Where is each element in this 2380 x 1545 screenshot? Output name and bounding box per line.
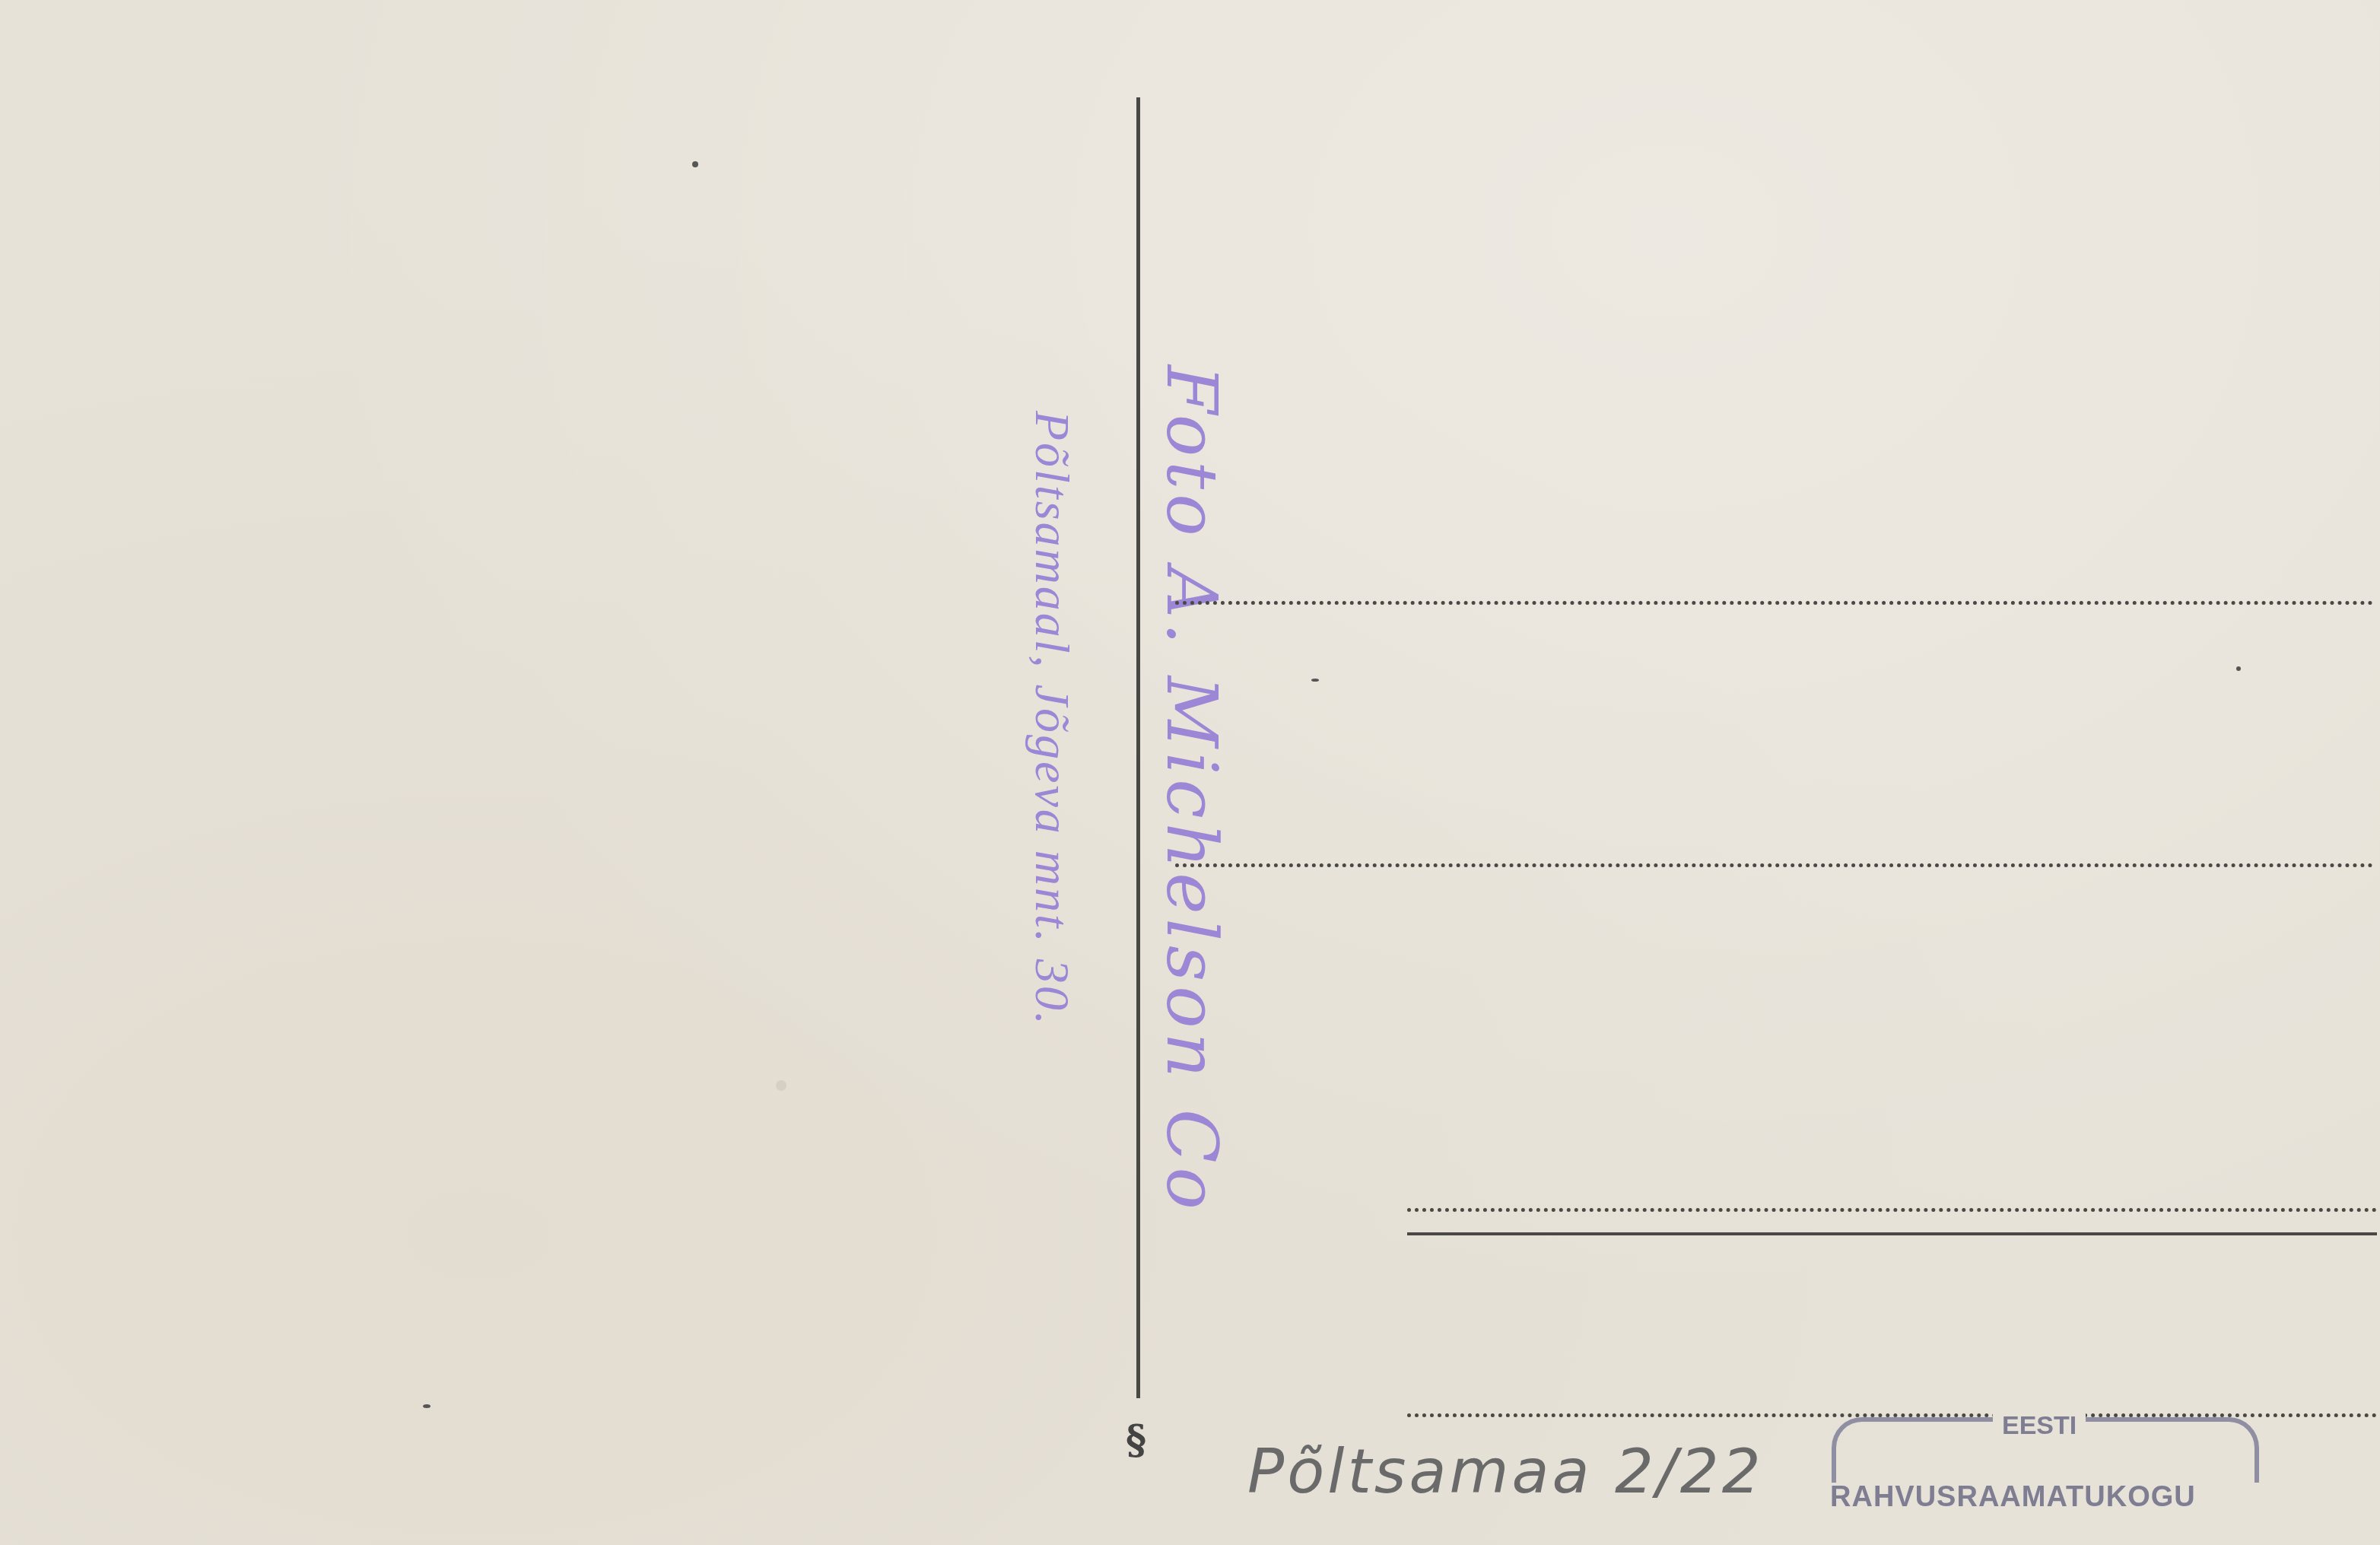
section-mark-symbol: §: [1126, 1416, 1146, 1463]
photographer-stamp: Foto A. Michelson Co: [1151, 365, 1232, 1214]
center-divider-line: [1136, 97, 1140, 1398]
paper-speck: [692, 161, 698, 167]
address-line-3-underline: [1407, 1232, 2377, 1235]
photographer-address: Põltsamaal, Jõgeva mnt. 30.: [1024, 411, 1080, 1027]
address-line-3: [1407, 1208, 2377, 1212]
postcard-back: Foto A. Michelson Co Põltsamaal, Jõgeva …: [0, 0, 2380, 1545]
paper-speck: [1311, 679, 1319, 682]
library-stamp-bottom: RAHVUSRAAMATUKOGU: [1830, 1481, 2196, 1514]
library-stamp: EESTI RAHVUSRAAMATUKOGU: [1826, 1411, 2259, 1518]
address-line-1: [1175, 601, 2373, 605]
handwritten-note: Põltsamaa 2/22: [1247, 1436, 1764, 1507]
paper-speck: [423, 1404, 431, 1408]
paper-stain: [776, 1080, 786, 1091]
library-stamp-top: EESTI: [1993, 1411, 2086, 1441]
paper-speck: [2236, 666, 2241, 671]
address-line-2: [1175, 863, 2373, 867]
